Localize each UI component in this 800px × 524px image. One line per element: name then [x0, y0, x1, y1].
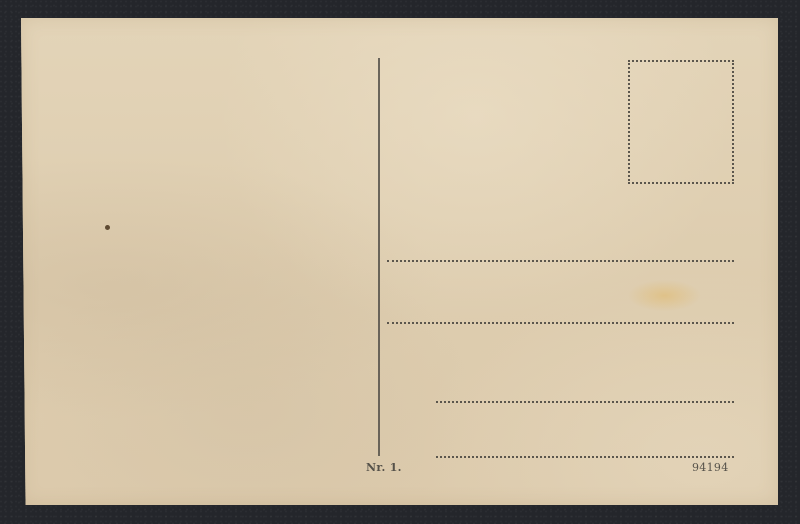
address-line-1	[387, 260, 734, 262]
ink-spot	[105, 225, 110, 230]
serial-number-label: 94194	[692, 461, 729, 474]
address-line-4	[436, 456, 734, 458]
postcard-back: Nr. 1. 94194	[21, 18, 778, 505]
message-address-divider	[378, 58, 380, 456]
address-line-2	[387, 322, 734, 324]
address-line-3	[436, 401, 734, 403]
stamp-placeholder-box	[628, 60, 734, 184]
card-number-label: Nr. 1.	[366, 461, 402, 474]
